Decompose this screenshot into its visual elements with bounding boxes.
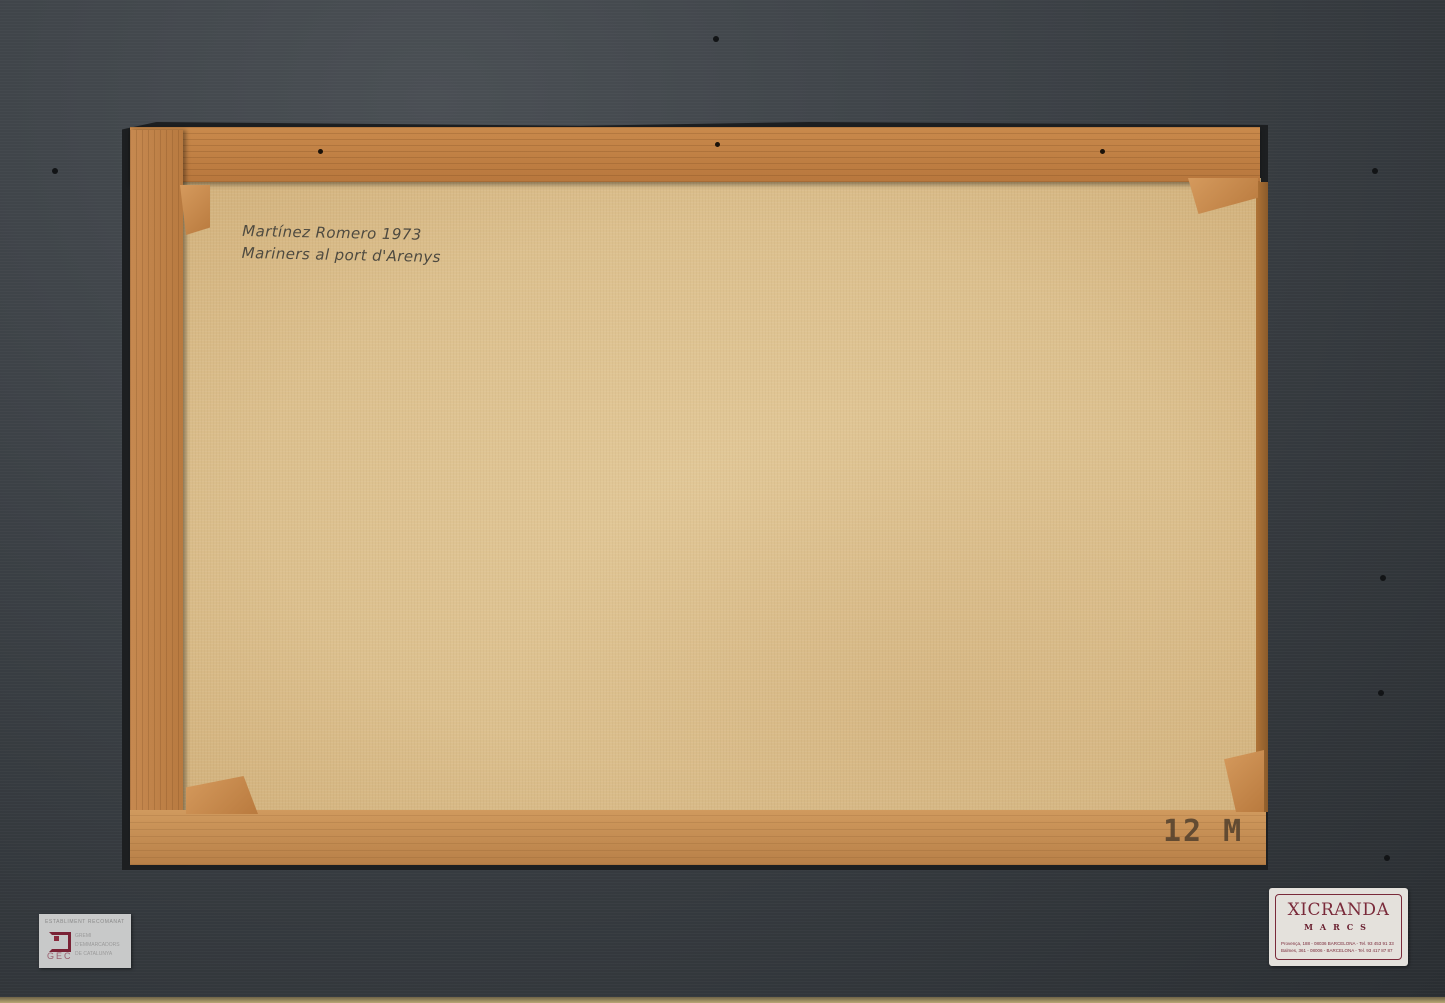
gec-line: DE CATALUNYA bbox=[75, 950, 120, 959]
nail bbox=[318, 149, 323, 154]
backing-hole bbox=[1372, 168, 1378, 174]
handwritten-inscription: Martínez Romero 1973 Mariners al port d'… bbox=[242, 220, 442, 268]
inscription-title: Mariners al port d'Arenys bbox=[242, 242, 442, 268]
stretcher-bar-top bbox=[130, 127, 1260, 182]
xicranda-address-line: Provença, 188 - 08036 BARCELONA - Tel. 9… bbox=[1281, 940, 1394, 947]
gec-header: ESTABLIMENT RECOMANAT bbox=[45, 919, 125, 925]
xicranda-address: Provença, 188 - 08036 BARCELONA - Tel. 9… bbox=[1281, 940, 1394, 954]
xicranda-address-line: Balmes, 361 - 08006 - BARCELONA - Tel. 9… bbox=[1281, 947, 1394, 954]
framed-painting-back: Martínez Romero 1973 Mariners al port d'… bbox=[0, 0, 1445, 1003]
stretcher-bar-left bbox=[130, 130, 183, 862]
backing-hole bbox=[52, 168, 58, 174]
gec-logo-square-icon bbox=[54, 936, 59, 941]
gec-logo-icon bbox=[49, 932, 71, 952]
xicranda-subtitle: MARCS bbox=[1269, 922, 1408, 932]
stretcher-bar-bottom bbox=[130, 810, 1266, 865]
gec-line: D'EMMARCADORS bbox=[75, 941, 120, 950]
gec-abbreviation: GEC bbox=[47, 951, 73, 961]
backing-hole bbox=[1384, 855, 1390, 861]
canvas-reverse bbox=[183, 178, 1261, 812]
stretcher-size-stamp: 12 M bbox=[1163, 814, 1243, 849]
xicranda-name: XICRANDA bbox=[1269, 900, 1408, 920]
stretcher-bar-right bbox=[1256, 182, 1268, 812]
xicranda-label: XICRANDA MARCS Provença, 188 - 08036 BAR… bbox=[1269, 888, 1408, 966]
backing-hole bbox=[1378, 690, 1384, 696]
gec-label: ESTABLIMENT RECOMANAT GEC GREMI D'EMMARC… bbox=[39, 914, 131, 968]
gec-guild-name: GREMI D'EMMARCADORS DE CATALUNYA bbox=[75, 932, 120, 959]
nail bbox=[1100, 149, 1105, 154]
backing-hole bbox=[713, 36, 719, 42]
backing-hole bbox=[1380, 575, 1386, 581]
nail bbox=[715, 142, 720, 147]
frame-bottom-edge bbox=[0, 997, 1445, 1003]
gec-line: GREMI bbox=[75, 932, 120, 941]
